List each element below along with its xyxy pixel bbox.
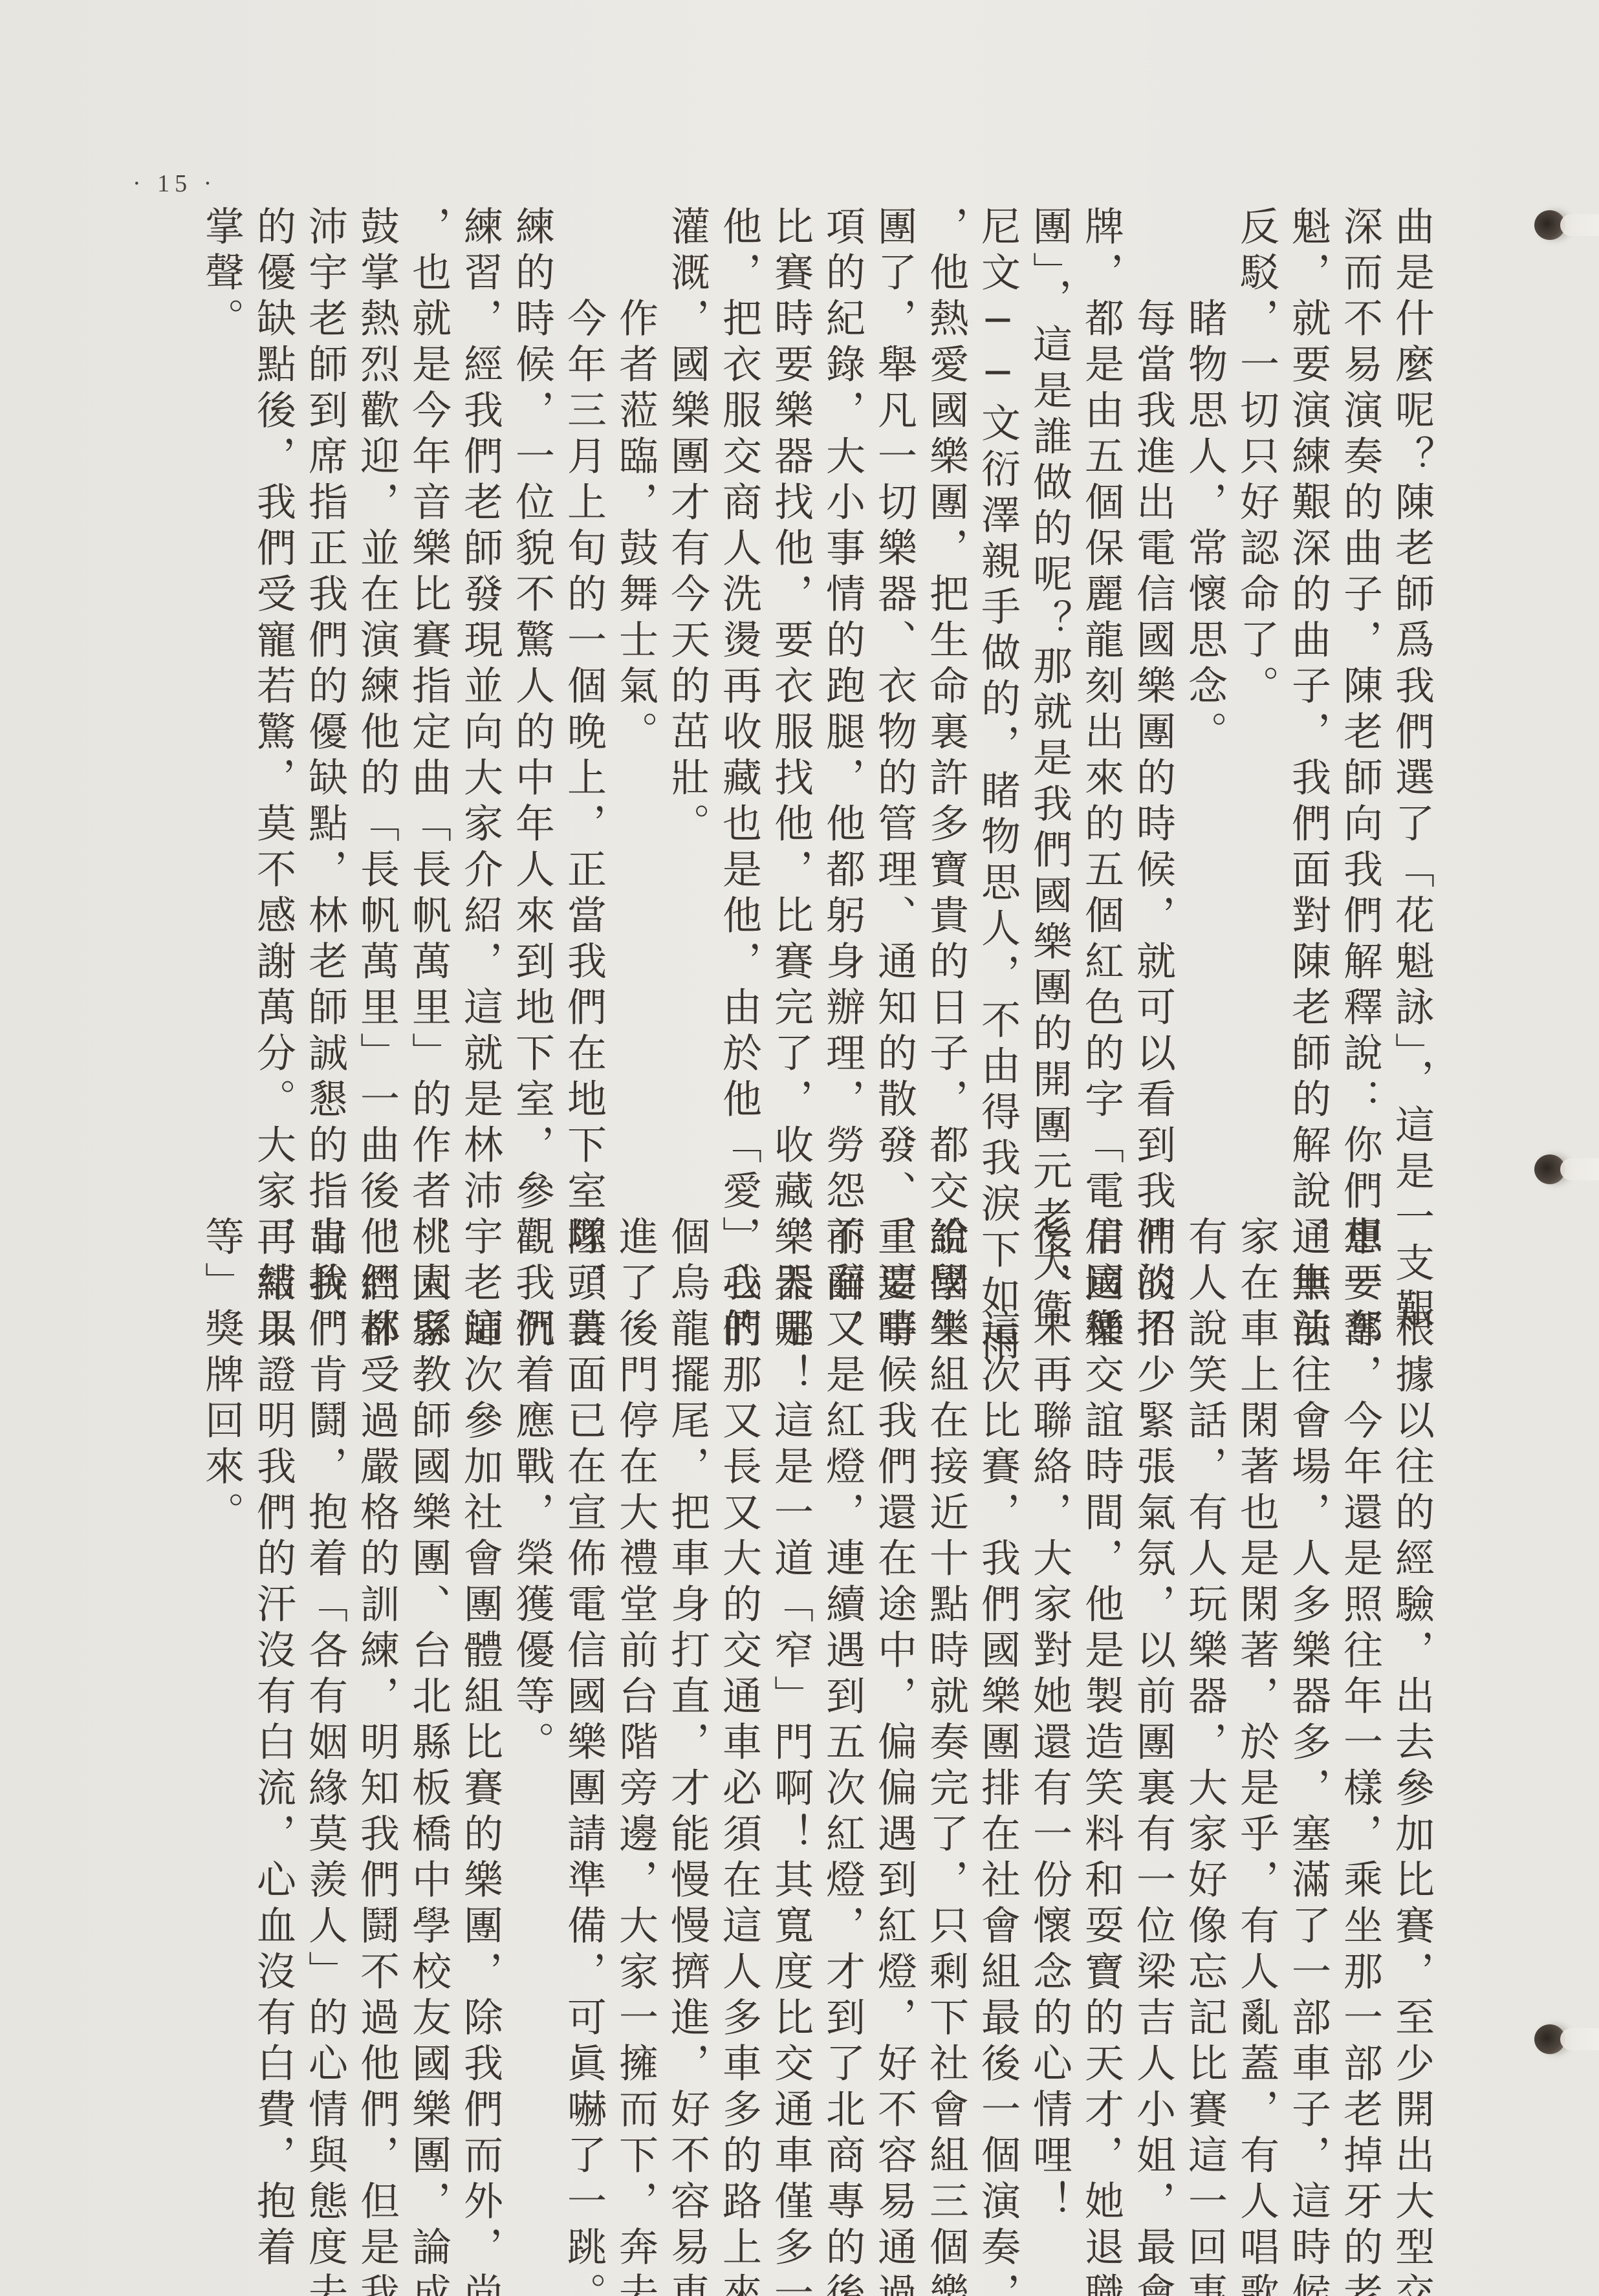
text-column: 深而不易演奏的曲子，陳老師向我們解釋說：你們想要奪 [1334,206,1386,1131]
text-column: 後，未再聯絡，大家對她還有一份懷念的心情哩！ [1023,1216,1075,2141]
text-column: 等」獎牌回來。 [195,1216,247,2141]
text-column: 的優缺點後，我們受寵若驚，莫不感謝萬分。大家再報以 [247,206,299,1131]
binding-hole-middle [1534,1154,1565,1184]
text-column: 進了後門停在大禮堂前台階旁邊，大家一擁而下，奔去排 [609,1216,661,2141]
text-column: 個烏龍擺尾，把車身打直，才能慢慢擠進，好不容易車子 [661,1216,713,2141]
text-column: 曲是什麼呢？陳老師爲我們選了「花魁詠」，這是一支艱 [1386,206,1437,1131]
paragraph-start-column: 這次參加社會團體組比賽的樂團，除我們而外，尚有 [454,1216,506,2141]
text-column: 他們都受過嚴格的訓練，明知我們鬪不過他們，但是我們 [351,1216,402,2141]
text-column: 車一部，今年還是照往年一樣，乘坐那一部老掉牙的老交 [1334,1216,1386,2141]
paragraph-start-column: 這次比賽，我們國樂團排在社會組最後一個演奏，聽 [972,1216,1023,2141]
text-column: 比賽時要樂器找他，要衣服找他，比賽完了，收藏樂器是 [765,206,816,1131]
text-column: ，結果證明我們的汗沒有白流，心血沒有白費，抱着「優 [247,1216,299,2141]
binding-hole-bottom [1534,2024,1565,2054]
binding-hole-top [1534,210,1565,240]
paragraph-start-column: 今年三月上旬的一個晚上，正當我們在地下室埋頭苦 [558,206,609,1131]
text-column: 團了，舉凡一切樂器、衣物的管理、通知的散發、重要事 [868,206,920,1131]
text-column: 項的紀錄，大小事情的跑腿，他都躬身辦理，勞怨不辭， [816,206,868,1131]
text-column: 練的時候，一位貌不驚人的中年人來到地下室，參觀我們 [506,206,558,1131]
text-column: 用這種交誼時間，他是製造笑料和耍寶的天才，她退職以 [1075,1216,1127,2141]
section-heading: 睹物思人，常懷思念。 [1179,206,1230,1131]
text-column: 牌，都是由五個保麗龍刻出來的五個紅色的字「電信國樂 [1075,206,1127,1131]
text-column: 冲淡不少緊張氣氛，以前團裏有一位梁吉人小姐，最會利 [1127,1216,1179,2141]
scanned-page: · 15 · 曲是什麼呢？陳老師爲我們選了「花魁詠」，這是一支艱 深而不易演奏的… [0,0,1599,2296]
text-column: 練習，經我們老師發現並向大家介紹，這就是林沛宇老師 [454,206,506,1131]
text-column: ，這時候我們還在途中，偏偏遇到紅燈，好不容易通過， [868,1216,920,2141]
paragraph-start-column: 每當我進出電信國樂團的時候，就可以看到我們的招 [1127,206,1179,1131]
text-column: 魁，就要演練艱深的曲子，我們面對陳老師的解說，無法 [1282,206,1334,1131]
section-heading: 作者蒞臨，鼓舞士氣。 [609,206,661,1131]
text-column: ，我們那又長又大的交通車必須在這人多車多的路上來一 [713,1216,765,2141]
text-column: 前面又是紅燈，連續遇到五次紅燈，才到了北商專的後門 [816,1216,868,2141]
section-heading: 沉着應戰，榮獲優等。 [506,1216,558,2141]
text-column: 鼓掌熱烈歡迎，並在演練他的「長帆萬里」一曲後，經林 [351,206,402,1131]
text-column: 家在車上閑著也是閑著，於是乎，有人亂蓋，有人唱歌， [1230,1216,1282,2141]
article-text-bottom-block: 根據以往的經驗，出去參加比賽，至少開出大型交通 車一部，今年還是照往年一樣，乘坐… [195,1216,1437,2141]
text-column: ，天哪！這是一道「窄」門啊！其寬度比交通車僅多一點 [765,1216,816,2141]
paragraph-start-column: 根據以往的經驗，出去參加比賽，至少開出大型交通 [1386,1216,1437,2141]
text-column: 灌溉，國樂團才有今天的茁壯。 [661,206,713,1131]
page-number: · 15 · [133,169,217,198]
text-column: 團」，這是誰做的呢？那就是我們國樂團的開團元老大衞 [1023,206,1075,1131]
text-column: 有人說笑話，有人玩樂器，大家好像忘記比賽這一回事， [1179,1216,1230,2141]
text-column: ，他熱愛國樂團，把生命裏許多寶貴的日子，都交給國樂 [920,206,972,1131]
text-column: ，也就是今年音樂比賽指定曲「長帆萬里」的作者，大家 [402,206,454,1131]
text-column: 反駁，一切只好認命了。 [1230,206,1282,1131]
text-column: 沛宇老師到席指正我們的優缺點，林老師誠懇的指出我們 [299,206,351,1131]
text-column: 通車前往會場，人多樂器多，塞滿了一部車子，這時候大 [1282,1216,1334,2141]
text-column: 他，把衣服交商人洗燙再收藏也是他，由於他「愛」心的 [713,206,765,1131]
article-text-top-block: 曲是什麼呢？陳老師爲我們選了「花魁詠」，這是一支艱 深而不易演奏的曲子，陳老師向… [195,206,1437,1131]
text-column: 隊，裏面已在宣佈電信國樂團請準備，可眞嚇了一跳。 [558,1216,609,2141]
text-column: 說學生組在接近十點時就奏完了，只剩下社會組三個樂團 [920,1216,972,2141]
text-column: 桃園縣教師國樂團、台北縣板橋中學校友國樂團，論成員 [402,1216,454,2141]
text-column: 掌聲。 [195,206,247,1131]
text-column: 肯拚、肯鬪，抱着「各有姻緣莫羨人」的心情與態度去做 [299,1216,351,2141]
text-column: 尼文──文衍澤親手做的，睹物思人，不由得我淚下如雨 [972,206,1023,1131]
